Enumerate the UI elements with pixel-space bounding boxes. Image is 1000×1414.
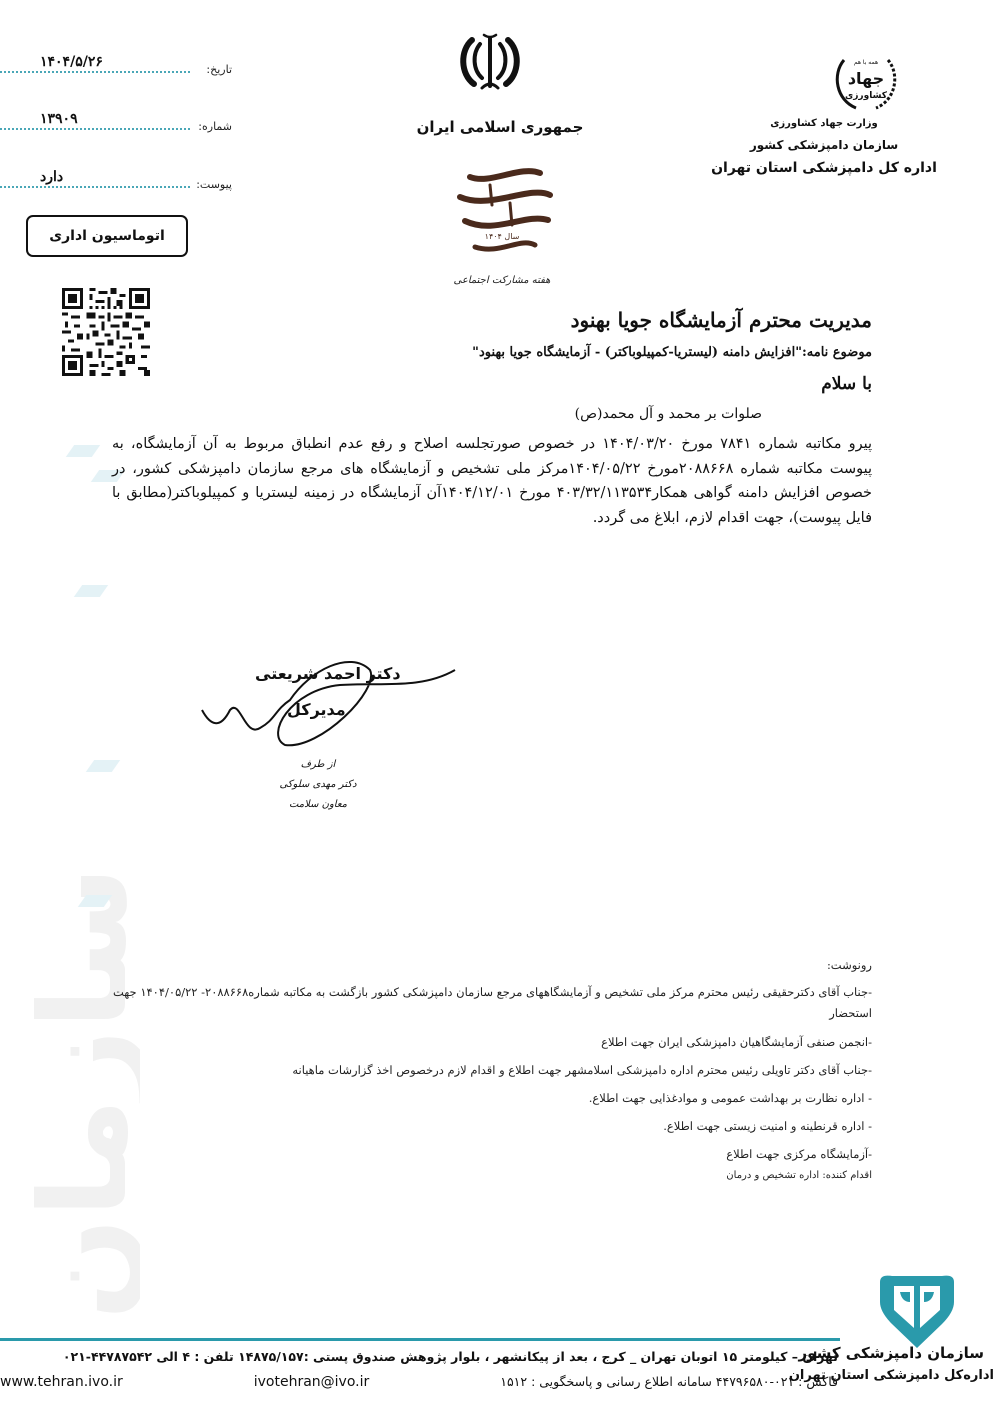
subject-line: موضوع نامه:"افزایش دامنه (لیستریا-کمپیلو… bbox=[112, 345, 872, 360]
number-value: ۱۳۹۰۹ bbox=[40, 111, 78, 127]
dotted-line bbox=[0, 186, 190, 188]
organization-name: سازمان دامپزشکی کشور bbox=[704, 138, 944, 152]
dotted-line bbox=[0, 128, 190, 130]
on-behalf-title: معاون سلامت bbox=[278, 795, 358, 815]
footer-contact-row: فاکس : ۰۲۱-۴۴۷۹۶۵۸۰ سامانه اطلاع رسانی و… bbox=[0, 1374, 838, 1390]
svg-text:کشاورزی: کشاورزی bbox=[845, 91, 888, 101]
on-behalf-name: دکتر مهدی سلوکی bbox=[278, 775, 358, 795]
salawat-line: صلوات بر محمد و آل محمد(ص) bbox=[362, 406, 762, 422]
number-label: شماره: bbox=[198, 120, 232, 133]
jahad-keshavarzi-logo: همه با هم جهاد کشاورزی bbox=[832, 52, 900, 112]
attachment-value: دارد bbox=[40, 169, 63, 185]
on-behalf-block: از طرف دکتر مهدی سلوکی معاون سلامت bbox=[278, 755, 358, 815]
cc-item: -جناب آقای دکترحقیقی رئیس محترم مرکز ملی… bbox=[112, 982, 872, 1024]
cc-list: رونوشت: -جناب آقای دکترحقیقی رئیس محترم … bbox=[112, 958, 872, 1181]
greeting: با سلام bbox=[112, 374, 872, 394]
date-value: ۱۴۰۴/۵/۲۶ bbox=[40, 54, 103, 70]
attachment-label: پیوست: bbox=[196, 178, 232, 191]
action-by: اقدام کننده: اداره تشخیص و درمان bbox=[112, 1170, 872, 1181]
cc-title: رونوشت: bbox=[112, 958, 872, 972]
signatory-title: مدیرکل bbox=[287, 700, 346, 719]
slogan-calligraphy: سال ۱۴۰۴ هفته مشارکت اجتماعی bbox=[430, 155, 570, 295]
slogan-calligraphy-icon: سال ۱۴۰۴ هفته مشارکت اجتماعی bbox=[430, 155, 570, 295]
dotted-line bbox=[0, 71, 190, 73]
addressee: مدیریت محترم آزمایشگاه جویا بهنود bbox=[112, 308, 872, 332]
office-automation-badge: اتوماسیون اداری bbox=[26, 215, 188, 257]
footer-website-link[interactable]: www.tehran.ivo.ir bbox=[0, 1374, 123, 1390]
issuer-block: وزارت جهاد کشاورزی سازمان دامپزشکی کشور … bbox=[704, 118, 944, 176]
letter-paragraph: پیرو مکاتبه شماره ۷۸۴۱ مورخ ۱۴۰۴/۰۳/۲۰ د… bbox=[112, 432, 872, 530]
republic-title: جمهوری اسلامی ایران bbox=[400, 118, 600, 136]
signatory-name: دکتر احمد شریعتی bbox=[255, 664, 401, 683]
on-behalf-label: از طرف bbox=[278, 755, 358, 775]
cc-item: -انجمن صنفی آزمایشگاهیان دامپزشکی ایران … bbox=[112, 1028, 872, 1056]
qr-code-icon[interactable] bbox=[62, 288, 150, 376]
ivo-logo-icon bbox=[872, 1272, 962, 1352]
svg-text:سال ۱۴۰۴: سال ۱۴۰۴ bbox=[485, 232, 520, 241]
iran-emblem-icon bbox=[458, 30, 522, 94]
footer-address: تهران – کیلومتر ۱۵ اتوبان تهران _ کرج ، … bbox=[0, 1349, 838, 1364]
date-label: تاریخ: bbox=[206, 63, 232, 76]
attachment-field: پیوست: دارد bbox=[0, 165, 232, 191]
svg-text:جهاد: جهاد bbox=[848, 69, 884, 88]
watermark-dot bbox=[66, 445, 100, 457]
date-field: تاریخ: ۱۴۰۴/۵/۲۶ bbox=[0, 50, 232, 76]
ministry-name: وزارت جهاد کشاورزی bbox=[704, 118, 944, 129]
footer-email-link[interactable]: ivotehran@ivo.ir bbox=[254, 1374, 370, 1390]
watermark-dot bbox=[78, 895, 112, 907]
watermark-dot bbox=[74, 585, 108, 597]
svg-text:هفته مشارکت اجتماعی: هفته مشارکت اجتماعی bbox=[454, 275, 551, 286]
svg-text:همه با هم: همه با هم bbox=[854, 59, 878, 66]
cc-item: - اداره نظارت بر بهداشت عمومی و موادغذای… bbox=[112, 1084, 872, 1112]
department-name: اداره کل دامپزشکی استان تهران bbox=[704, 160, 944, 176]
cc-item: -آزمایشگاه مرکزی جهت اطلاع bbox=[112, 1140, 872, 1168]
number-field: شماره: ۱۳۹۰۹ bbox=[0, 107, 232, 133]
footer-fax: فاکس : ۰۲۱-۴۴۷۹۶۵۸۰ سامانه اطلاع رسانی و… bbox=[500, 1374, 838, 1390]
watermark-dot bbox=[86, 760, 120, 772]
cc-item: - اداره قرنطینه و امنیت زیستی جهت اطلاع. bbox=[112, 1112, 872, 1140]
footer-divider bbox=[0, 1338, 840, 1341]
cc-item: -جناب آقای دکتر تاویلی رئیس محترم اداره … bbox=[112, 1056, 872, 1084]
